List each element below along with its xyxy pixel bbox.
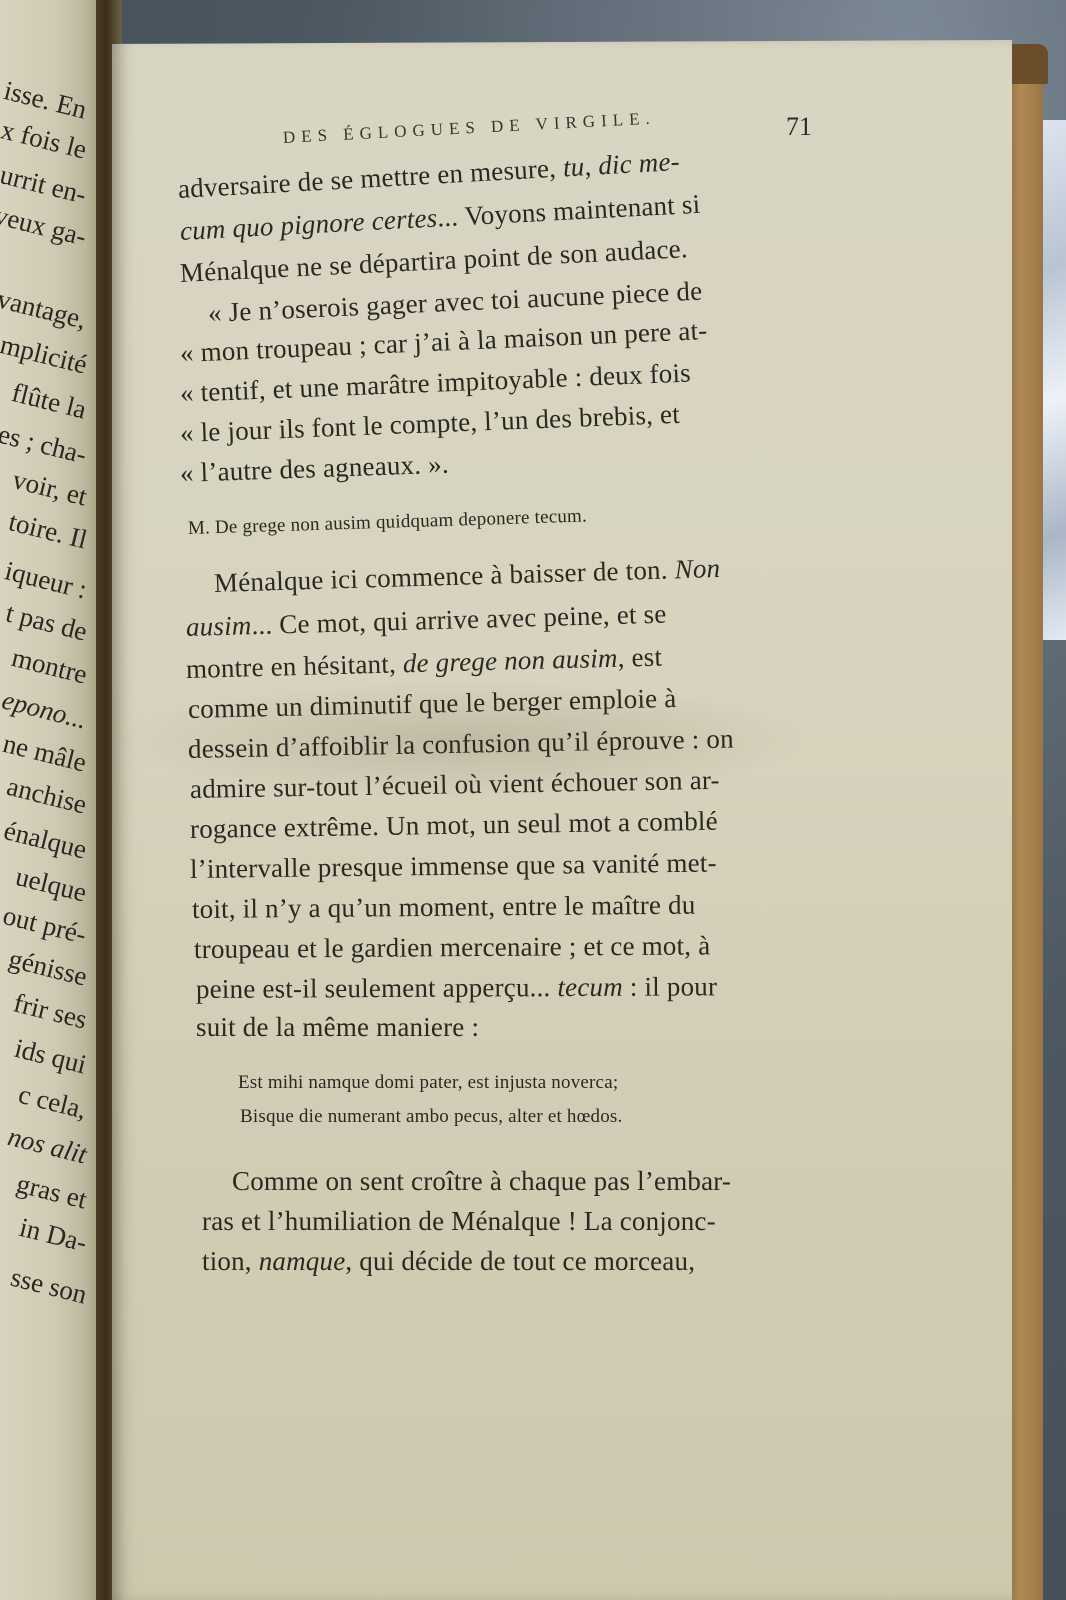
italic-run: namque [259,1246,346,1276]
italic-run: cum quo pignore certes [179,203,438,246]
text-line: montre en hésitant, de grege non ausim, … [186,642,663,685]
page-number: 71 [786,112,812,142]
text-run: admire sur-tout l’écueil où vient échoue… [190,765,720,804]
text-run: montre en hésitant, [186,648,404,684]
italic-run: dic me- [597,146,680,181]
text-run: ras et l’humiliation de Ménalque ! La co… [202,1206,716,1236]
text-run: dessein d’affoiblir la confusion qu’il é… [188,724,734,764]
text-line: ras et l’humiliation de Ménalque ! La co… [202,1206,716,1237]
text-run: l’intervalle presque immense que sa vani… [190,848,717,884]
text-run: « le jour ils font le compte, l’un des b… [179,399,680,448]
text-line: l’intervalle presque immense que sa vani… [190,848,717,885]
verse-line: Bisque die numerant ambo pecus, alter et… [240,1106,622,1128]
text-run: adversaire de se mettre en mesure, [177,153,564,204]
italic-run: ausim [186,610,252,642]
right-page-text: DES ÉGLOGUES DE VIRGILE. 71 adversaire d… [0,0,1066,1600]
text-run: troupeau et le gardien mercenaire ; et c… [194,930,711,964]
text-run: , est [617,642,662,673]
text-run: Ménalque ici commence à baisser de ton. [214,554,676,598]
text-line: tion, namque, qui décide de tout ce morc… [202,1246,695,1277]
text-line: troupeau et le gardien mercenaire ; et c… [194,930,711,965]
text-line: comme un diminutif que le berger emploie… [188,683,677,725]
latin-quote: M. De grege non ausim quidquam deponere … [188,505,588,540]
text-run: Comme on sent croître à chaque pas l’emb… [232,1166,731,1196]
text-line: « l’autre des agneaux. ». [179,449,449,489]
text-run: : il pour [623,971,717,1001]
text-line: rogance extrême. Un mot, un seul mot a c… [190,806,718,845]
text-run: comme un diminutif que le berger emploie… [188,683,677,724]
running-head: DES ÉGLOGUES DE VIRGILE. [282,108,656,148]
text-run: « l’autre des agneaux. ». [179,449,449,488]
text-run: toit, il n’y a qu’un moment, entre le ma… [192,890,696,924]
text-run: peine est-il seulement apperçu... [196,972,558,1004]
text-run: rogance extrême. Un mot, un seul mot a c… [190,806,718,844]
text-run: ... Ce mot, qui arrive avec peine, et se [251,599,667,641]
italic-run: de grege non ausim [402,643,618,679]
text-run: tion, [202,1246,259,1276]
text-line: « le jour ils font le compte, l’un des b… [179,399,680,449]
verse-line: Est mihi namque domi pater, est injusta … [238,1072,618,1094]
italic-run: Non [674,553,720,584]
text-line: Ménalque ici commence à baisser de ton. … [214,553,721,599]
text-line: Comme on sent croître à chaque pas l’emb… [232,1166,731,1197]
italic-run: tu [562,151,585,182]
text-run: , qui décide de tout ce morceau, [345,1246,695,1276]
italic-run: tecum [557,972,623,1002]
text-line: toit, il n’y a qu’un moment, entre le ma… [192,890,696,925]
text-line: ausim... Ce mot, qui arrive avec peine, … [186,599,667,643]
text-line: peine est-il seulement apperçu... tecum … [196,971,717,1005]
text-line: suit de la même maniere : [196,1012,479,1043]
text-run: suit de la même maniere : [196,1012,479,1042]
text-run: ... Voyons maintenant si [436,189,701,233]
text-line: admire sur-tout l’écueil où vient échoue… [190,765,720,805]
text-line: dessein d’affoiblir la confusion qu’il é… [188,724,734,765]
